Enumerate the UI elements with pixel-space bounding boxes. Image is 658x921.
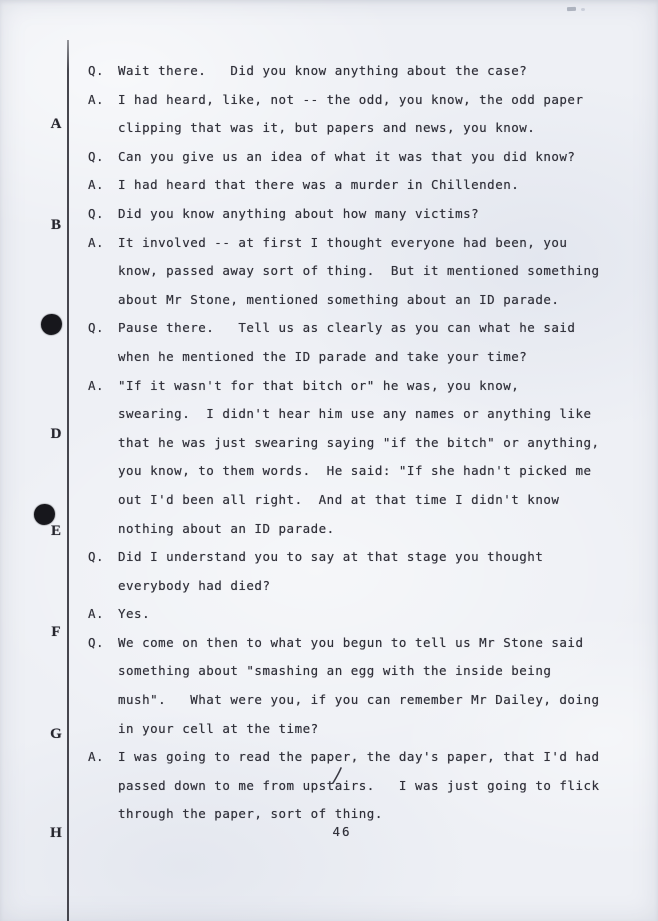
speaker-label: A. xyxy=(88,171,118,200)
line-text: you know, to them words. He said: "If sh… xyxy=(118,463,592,478)
transcript-line: A.I had heard that there was a murder in… xyxy=(0,170,658,199)
transcript-line: A.It involved -- at first I thought ever… xyxy=(0,228,658,257)
line-text: swearing. I didn't hear him use any name… xyxy=(118,406,592,421)
line-text: Did I understand you to say at that stag… xyxy=(118,549,543,564)
document-page: ABDEFGH Q.Wait there. Did you know anyth… xyxy=(0,0,658,921)
line-text: something about "smashing an egg with th… xyxy=(118,663,551,678)
transcript-line: when he mentioned the ID parade and take… xyxy=(0,342,658,371)
transcript-line: something about "smashing an egg with th… xyxy=(0,656,658,685)
transcript-line: A.Yes. xyxy=(0,599,658,628)
line-text: Wait there. Did you know anything about … xyxy=(118,63,527,78)
transcript-line: nothing about an ID parade. xyxy=(0,514,658,543)
speaker-label: Q. xyxy=(88,200,118,229)
transcript-line: A."If it wasn't for that bitch or" he wa… xyxy=(0,371,658,400)
line-text: everybody had died? xyxy=(118,578,271,593)
transcript-line: Q.Did you know anything about how many v… xyxy=(0,199,658,228)
line-text: know, passed away sort of thing. But it … xyxy=(118,263,600,278)
speaker-label: Q. xyxy=(88,57,118,86)
transcript-line: you know, to them words. He said: "If sh… xyxy=(0,456,658,485)
speaker-label: Q. xyxy=(88,314,118,343)
transcript-line: clipping that was it, but papers and new… xyxy=(0,113,658,142)
line-text: mush". What were you, if you can remembe… xyxy=(118,692,600,707)
line-text: through the paper, sort of thing. xyxy=(118,806,383,821)
line-text: passed down to me from upstairs. I was j… xyxy=(118,778,600,793)
line-text: It involved -- at first I thought everyo… xyxy=(118,235,567,250)
speaker-label: A. xyxy=(88,600,118,629)
transcript-line: Q.Pause there. Tell us as clearly as you… xyxy=(0,313,658,342)
transcript-line: Q.Can you give us an idea of what it was… xyxy=(0,142,658,171)
line-text: "If it wasn't for that bitch or" he was,… xyxy=(118,378,519,393)
margin-letter-H: H xyxy=(46,826,66,841)
line-text: Yes. xyxy=(118,606,150,621)
pen-mark xyxy=(331,767,343,785)
speaker-label: Q. xyxy=(88,629,118,658)
speaker-label: A. xyxy=(88,86,118,115)
speaker-label: Q. xyxy=(88,143,118,172)
transcript-line: passed down to me from upstairs. I was j… xyxy=(0,771,658,800)
line-text: Did you know anything about how many vic… xyxy=(118,206,479,221)
line-text: about Mr Stone, mentioned something abou… xyxy=(118,292,559,307)
speaker-label: A. xyxy=(88,372,118,401)
transcript-line: out I'd been all right. And at that time… xyxy=(0,485,658,514)
transcript-line: everybody had died? xyxy=(0,571,658,600)
line-text: when he mentioned the ID parade and take… xyxy=(118,349,527,364)
transcript-line: Q.Did I understand you to say at that st… xyxy=(0,542,658,571)
line-text: I was going to read the paper, the day's… xyxy=(118,749,600,764)
line-text: out I'd been all right. And at that time… xyxy=(118,492,559,507)
line-text: Can you give us an idea of what it was t… xyxy=(118,149,575,164)
transcript-line: swearing. I didn't hear him use any name… xyxy=(0,399,658,428)
transcript: Q.Wait there. Did you know anything abou… xyxy=(0,56,658,828)
line-text: I had heard that there was a murder in C… xyxy=(118,177,519,192)
speaker-label: A. xyxy=(88,743,118,772)
scan-smudge-icon xyxy=(567,7,576,11)
speaker-label: A. xyxy=(88,229,118,258)
speaker-label: Q. xyxy=(88,543,118,572)
line-text: nothing about an ID parade. xyxy=(118,521,335,536)
transcript-line: Q.Wait there. Did you know anything abou… xyxy=(0,56,658,85)
transcript-line: that he was just swearing saying "if the… xyxy=(0,428,658,457)
transcript-line: in your cell at the time? xyxy=(0,714,658,743)
line-text: I had heard, like, not -- the odd, you k… xyxy=(118,92,584,107)
line-text: clipping that was it, but papers and new… xyxy=(118,120,535,135)
line-text: that he was just swearing saying "if the… xyxy=(118,435,600,450)
transcript-line: A.I was going to read the paper, the day… xyxy=(0,742,658,771)
line-text: Pause there. Tell us as clearly as you c… xyxy=(118,320,575,335)
transcript-line: know, passed away sort of thing. But it … xyxy=(0,256,658,285)
line-text: We come on then to what you begun to tel… xyxy=(118,635,584,650)
line-text: in your cell at the time? xyxy=(118,721,319,736)
scan-smudge-dot-icon xyxy=(581,8,585,11)
transcript-line: mush". What were you, if you can remembe… xyxy=(0,685,658,714)
page-number: 46 xyxy=(312,824,372,840)
transcript-line: Q.We come on then to what you begun to t… xyxy=(0,628,658,657)
transcript-line: about Mr Stone, mentioned something abou… xyxy=(0,285,658,314)
transcript-line: A.I had heard, like, not -- the odd, you… xyxy=(0,85,658,114)
